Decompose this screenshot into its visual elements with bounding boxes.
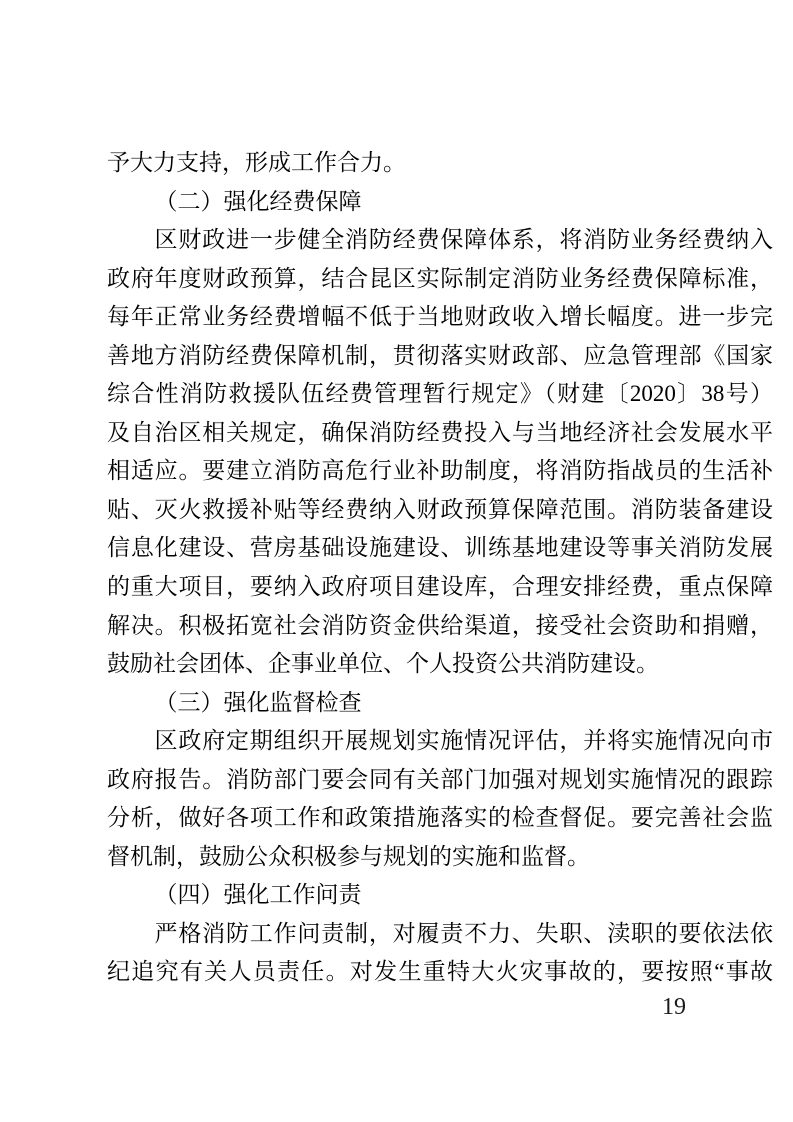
- text-line: 综合性消防救援队伍经费管理暂行规定》（财建〔2020〕38号）: [107, 375, 773, 414]
- text-line: 予大力支持，形成工作合力。: [107, 144, 773, 183]
- text-line: 分析，做好各项工作和政策措施落实的检查督促。要完善社会监: [107, 799, 773, 838]
- section-heading-line: （二）强化经费保障: [107, 183, 773, 222]
- text-line: 督机制，鼓励公众积极参与规划的实施和监督。: [107, 838, 773, 877]
- text-line: 信息化建设、营房基础设施建设、训练基地建设等事关消防发展: [107, 529, 773, 568]
- text-line: 贴、灭火救援补贴等经费纳入财政预算保障范围。消防装备建设: [107, 491, 773, 530]
- text-line: 每年正常业务经费增幅不低于当地财政收入增长幅度。进一步完: [107, 298, 773, 337]
- text-line: 及自治区相关规定，确保消防经费投入与当地经济社会发展水平: [107, 414, 773, 453]
- text-line: 的重大项目，要纳入政府项目建设库，合理安排经费，重点保障: [107, 568, 773, 607]
- section-heading-line: （三）强化监督检查: [107, 684, 773, 723]
- text-line: 相适应。要建立消防高危行业补助制度，将消防指战员的生活补: [107, 452, 773, 491]
- text-line: 严格消防工作问责制，对履责不力、失职、渎职的要依法依: [107, 915, 773, 954]
- text-line: 区财政进一步健全消防经费保障体系，将消防业务经费纳入: [107, 221, 773, 260]
- document-body: 予大力支持，形成工作合力。（二）强化经费保障区财政进一步健全消防经费保障体系，将…: [107, 144, 773, 992]
- text-line: 善地方消防经费保障机制，贯彻落实财政部、应急管理部《国家: [107, 337, 773, 376]
- text-line: 纪追究有关人员责任。对发生重特大火灾事故的，要按照“事故: [107, 953, 773, 992]
- text-line: 区政府定期组织开展规划实施情况评估，并将实施情况向市: [107, 722, 773, 761]
- text-line: 政府报告。消防部门要会同有关部门加强对规划实施情况的跟踪: [107, 761, 773, 800]
- text-line: 解决。积极拓宽社会消防资金供给渠道，接受社会资助和捐赠，: [107, 607, 773, 646]
- page-number: 19: [662, 994, 702, 1020]
- document-page: 予大力支持，形成工作合力。（二）强化经费保障区财政进一步健全消防经费保障体系，将…: [0, 0, 793, 1122]
- text-line: 政府年度财政预算，结合昆区实际制定消防业务经费保障标准，: [107, 260, 773, 299]
- text-line: 鼓励社会团体、企事业单位、个人投资公共消防建设。: [107, 645, 773, 684]
- section-heading-line: （四）强化工作问责: [107, 876, 773, 915]
